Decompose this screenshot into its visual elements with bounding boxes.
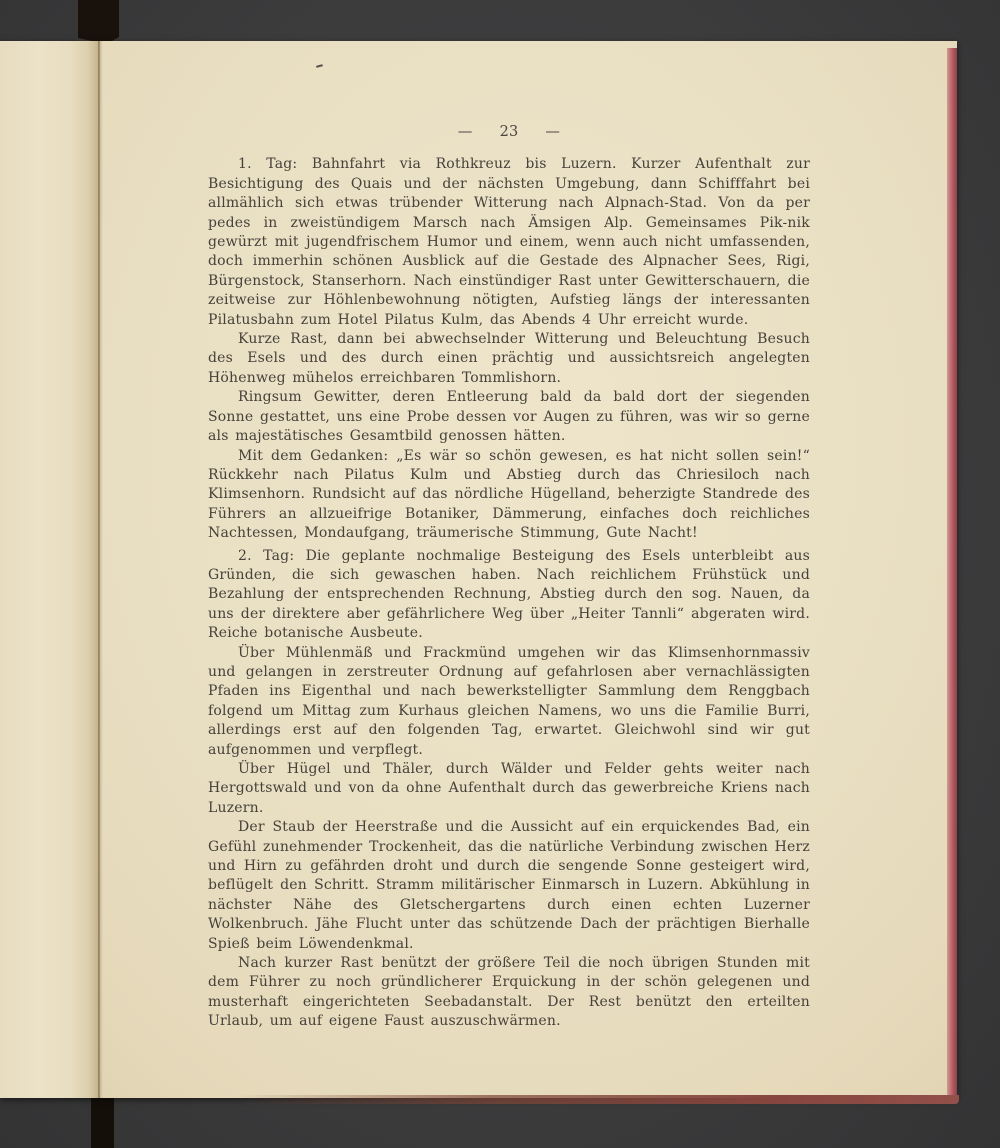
paragraph-rueckkehr-pilatus: Mit dem Gedanken: „Es wär so schön gewes… [208, 447, 810, 544]
scanned-book-photo: — 23 — 1. Tag: Bahnfahrt via Rothkreuz b… [0, 0, 1000, 1148]
facing-page-fold [0, 41, 100, 1098]
paragraph-esel-tommlishorn: Kurze Rast, dann bei abwechselnder Witte… [208, 330, 810, 388]
red-fore-edge [947, 48, 957, 1098]
paragraph-hergottswald-kriens: Über Hügel und Thäler, durch Wälder und … [208, 760, 810, 818]
gutter-crease [98, 41, 103, 1098]
paragraph-muehlenmaess-eigenthal: Über Mühlenmäß und Frackmünd umgehen wir… [208, 644, 810, 760]
page-number: — 23 — [208, 123, 810, 142]
page-number-right-dash: — [545, 123, 560, 142]
paragraph-seebadanstalt: Nach kurzer Rast benützt der größere Tei… [208, 954, 810, 1032]
bottom-page-edges [235, 1095, 959, 1104]
bookmark-ribbon-top-icon [78, 0, 119, 44]
page-text-block: — 23 — 1. Tag: Bahnfahrt via Rothkreuz b… [208, 123, 810, 1032]
ink-speck [316, 64, 323, 68]
paragraph-heerstrasse-luzern: Der Staub der Heerstraße und die Aussich… [208, 818, 810, 954]
paragraph-day2-itinerary: 2. Tag: Die geplante nochmalige Besteigu… [208, 547, 810, 644]
paragraph-ringsum-gewitter: Ringsum Gewitter, deren Entleerung bald … [208, 388, 810, 446]
page-number-value: 23 [500, 123, 519, 142]
page-number-left-dash: — [458, 123, 473, 142]
paragraph-day1-itinerary: 1. Tag: Bahnfahrt via Rothkreuz bis Luze… [208, 155, 810, 330]
book-page: — 23 — 1. Tag: Bahnfahrt via Rothkreuz b… [0, 41, 957, 1098]
